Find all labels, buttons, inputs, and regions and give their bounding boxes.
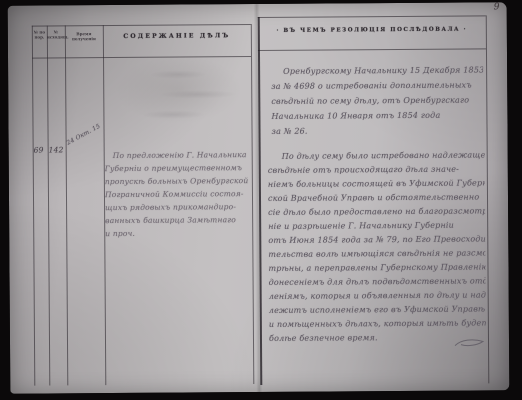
handwritten-line: лежитъ исполненіемъ его въ Уфимской Упра… <box>269 302 486 318</box>
photo-frame: 9 № по пор. № исходящ. Время полученія С… <box>0 0 522 400</box>
handwritten-line: Начальника 10 Января отъ 1854 года <box>271 107 483 123</box>
handwritten-line: отъ Июня 1854 года за № 79, по Его Прево… <box>268 232 485 248</box>
handwritten-line: за № 26. <box>271 122 483 138</box>
handwritten-line: трѣны, а переправлены Губернскому Правле… <box>268 260 485 276</box>
grid-line <box>47 25 51 385</box>
handwritten-line: пропускѣ больныхъ Оренбургской <box>105 174 251 188</box>
handwritten-line: щихъ рядовыхъ прикомандиро- <box>105 200 251 214</box>
handwritten-line: ванныхъ башкирца Замѣтнаго <box>105 213 251 227</box>
handwritten-line: ніемъ больницы состоящей въ Уфимской Губ… <box>268 176 485 192</box>
resolution-paragraph-1: Оренбургскому Начальнику 15 Декабря 1853… <box>271 62 484 138</box>
handwritten-line: Губерніи о преимущественномъ <box>105 161 251 175</box>
handwritten-line: Оренбургскому Начальнику 15 Декабря 1853… <box>271 62 483 78</box>
entry-number-1: 69 <box>34 145 44 154</box>
left-entry-text: По предложенію Г. Начальника Губерніи о … <box>105 148 252 240</box>
handwritten-line: сіе дѣло было предоставлено на благоразс… <box>268 204 485 220</box>
handwritten-line: По дѣлу сему было истребовано надлежащее <box>268 148 485 164</box>
entry-number-2: 142 <box>49 145 64 154</box>
ink-bleed-smudge <box>118 56 269 137</box>
handwritten-line: тельства волѣ имѣющіяся свѣдѣнія не разс… <box>268 246 485 262</box>
grid-line <box>32 26 36 386</box>
grid-line <box>65 25 69 385</box>
handwritten-line: донесеніемъ для дѣлъ подвѣдомственныхъ о… <box>269 274 486 290</box>
handwritten-line: По предложенію Г. Начальника <box>105 148 251 162</box>
handwritten-line: ской Врачебной Управѣ и обстоятельственн… <box>268 190 485 206</box>
resolution-paragraph-2: По дѣлу сему было истребовано надлежащее… <box>268 148 486 346</box>
grid-line <box>258 48 486 51</box>
left-col1-header: № по пор. <box>32 29 47 39</box>
grid-line <box>258 15 486 18</box>
handwritten-line: и проч. <box>105 226 251 240</box>
page-number: 9 <box>494 2 500 12</box>
right-main-header: · ВЪ ЧЕМЪ РЕЗОЛЮЦІЯ ПОСЛѢДОВАЛА · <box>258 26 486 34</box>
handwritten-line: леніямъ, которыя и объявленныя по дѣлу и… <box>269 288 486 304</box>
handwritten-line: свѣдѣній по сему дѣлу, отъ Оренбургскаго <box>271 92 483 108</box>
grid-line <box>486 15 490 383</box>
left-col2-header: № исходящ. <box>47 29 65 39</box>
left-col3-header: Время полученія <box>65 31 103 41</box>
handwritten-line: Пограничной Коммиссіи состоя- <box>105 187 251 201</box>
handwritten-line: за № 4698 о истребованіи дополнительныхъ <box>271 77 483 93</box>
handwritten-line: и помѣщенныхъ дѣлахъ, которыя имѣть буде… <box>269 316 486 332</box>
handwritten-line: свѣдѣніе отъ происходящаго дѣла значе- <box>268 162 485 178</box>
entry-date-note: 24 Окт. 15 <box>63 122 103 148</box>
flourish-mark <box>453 336 487 350</box>
ledger-page: 9 № по пор. № исходящ. Время полученія С… <box>8 2 510 393</box>
handwritten-line: ніе и разрѣшеніе Г. Начальнику Губерніи <box>268 218 485 234</box>
left-main-header: СОДЕРЖАНІЕ ДѢЛЪ <box>103 32 251 40</box>
